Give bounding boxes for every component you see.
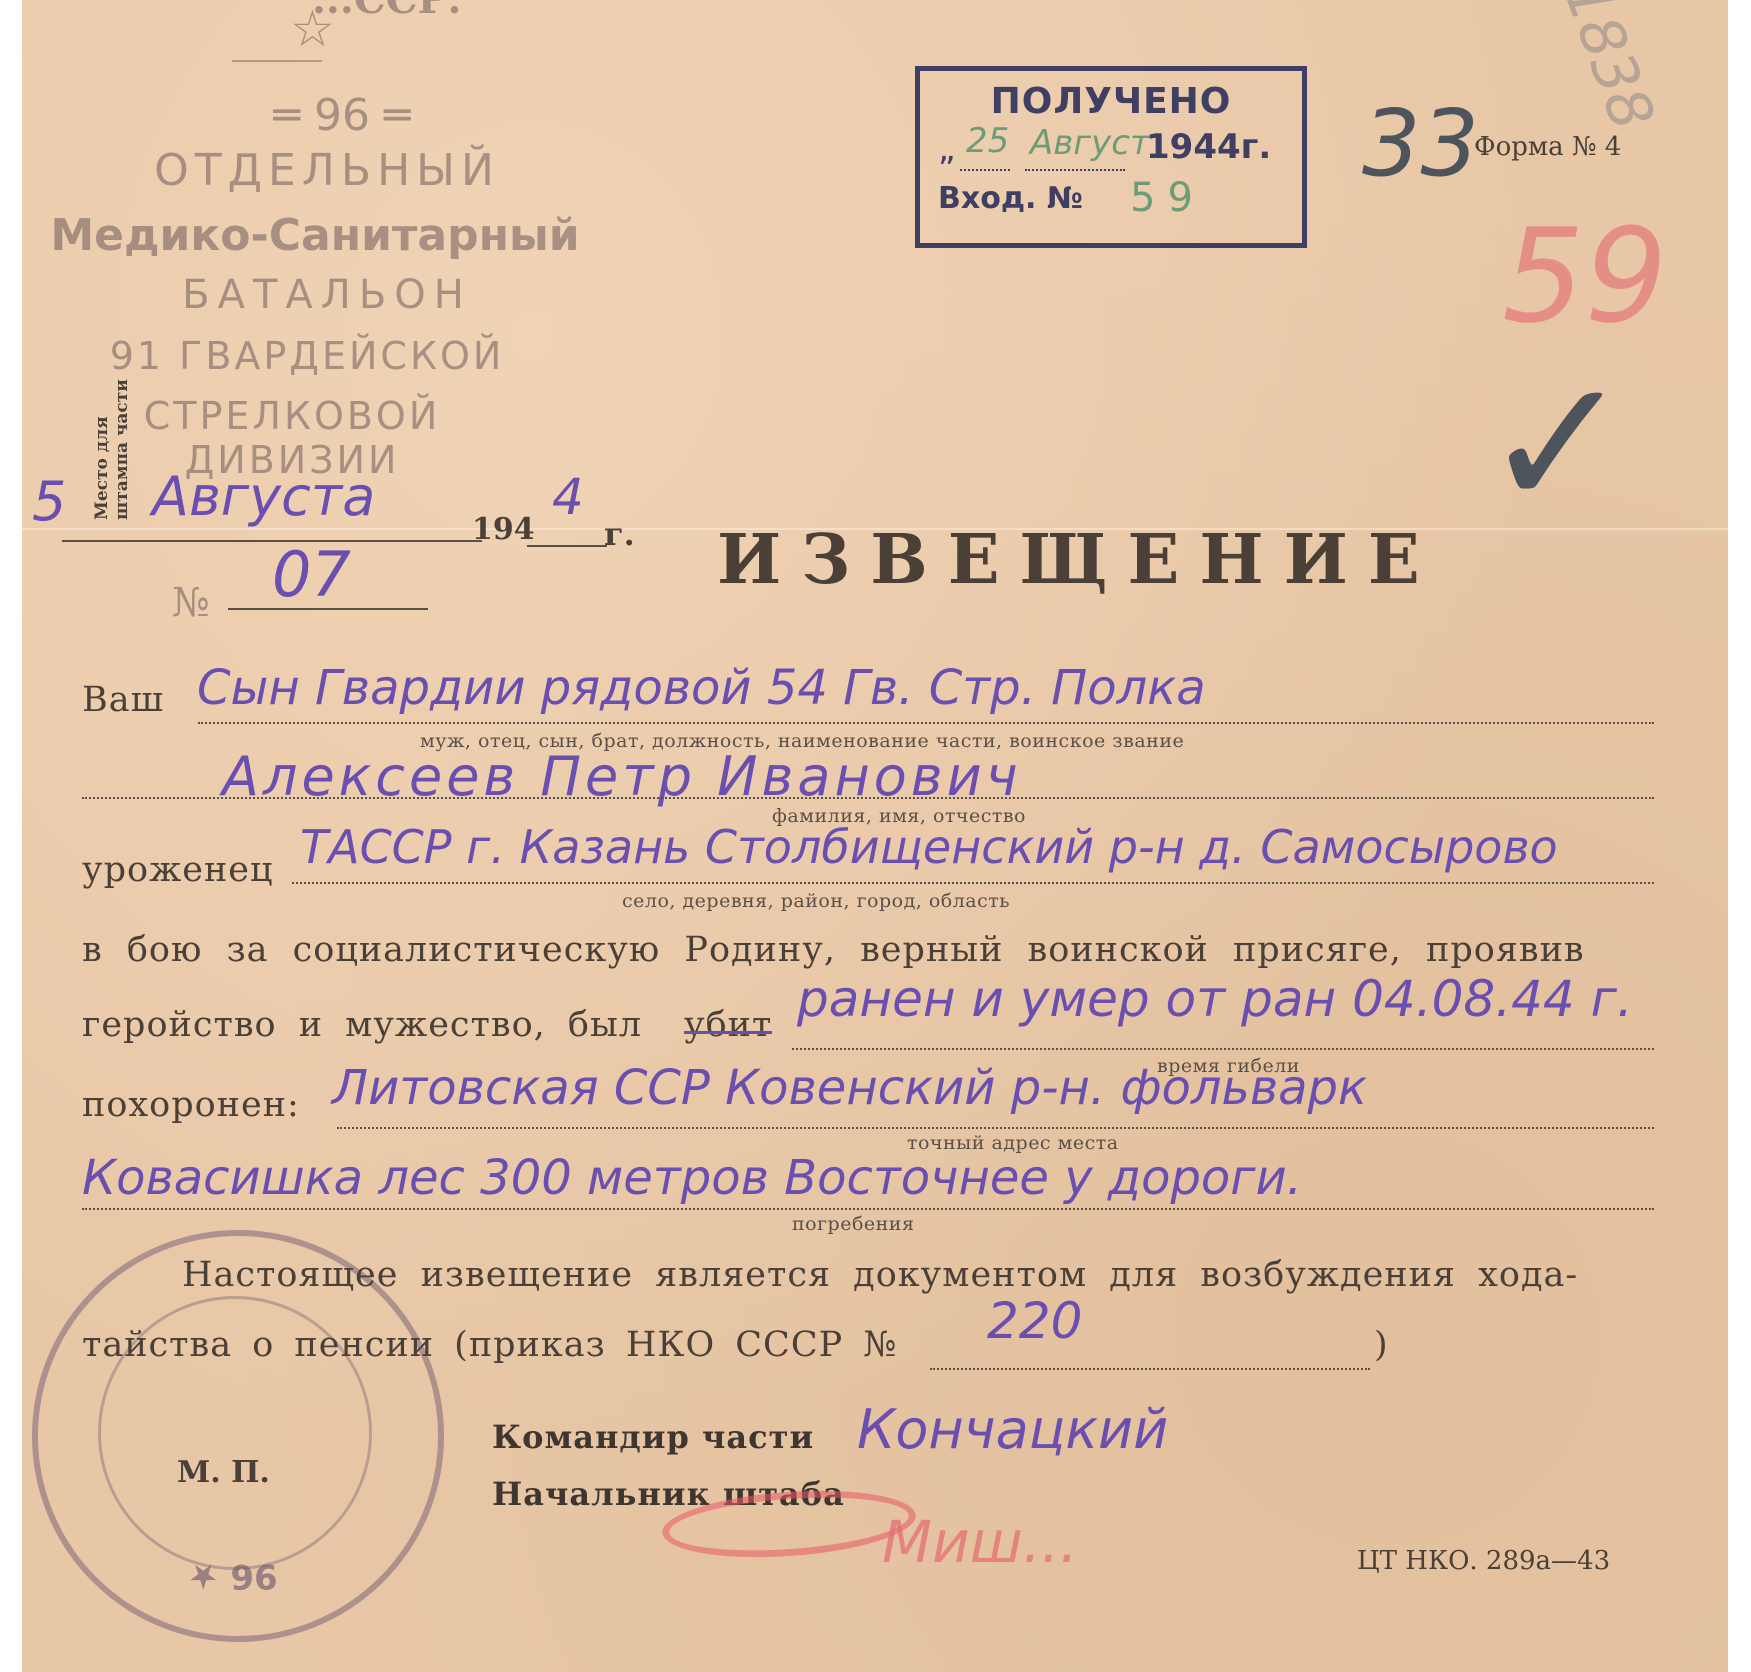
order-number: 220	[987, 1292, 1082, 1350]
document-title: ИЗВЕЩЕНИЕ	[717, 520, 1440, 600]
name-line	[82, 797, 1654, 799]
issue-year-suffix: г.	[604, 515, 635, 553]
issue-month: Августа	[152, 465, 375, 528]
burial-place-line-2: Ковасишка лес 300 метров Восточнее у дор…	[82, 1150, 1302, 1206]
burial-place-line-1: Литовская ССР Ковенский р-н. фольварк	[332, 1060, 1367, 1116]
received-entry-label: Вход. №	[938, 181, 1083, 216]
issue-year-line	[527, 545, 607, 547]
unit-stamp-line-2: ОТДЕЛЬНЫЙ	[92, 145, 562, 196]
pension-line-2: тайства о пенсии (приказ НКО СССР №	[82, 1325, 897, 1365]
unit-stamp-line-3: Медико-Санитарный	[30, 210, 600, 261]
issue-year-digit: 4	[552, 468, 584, 526]
received-day: 25	[966, 121, 1009, 161]
body-line-2: геройство и мужество, был	[82, 1005, 642, 1045]
unit-stamp-line-1: ═ 96 ═	[172, 90, 512, 141]
stamp-place-label-line-1: Место для	[92, 379, 112, 520]
star-icon: ☆	[290, 0, 335, 58]
strike-through	[684, 1031, 772, 1034]
struck-word: убит	[684, 1005, 772, 1045]
stamp-place-label-line-2: штампа части	[112, 379, 132, 520]
received-day-line	[960, 169, 1010, 171]
birthplace-value: ТАССР г. Казань Столбищенский р-н д. Сам…	[300, 820, 1558, 874]
fate-value: ранен и умер от ран 04.08.44 г.	[797, 970, 1633, 1028]
received-date-quote: „	[938, 129, 956, 169]
burial-caption-2: погребения	[792, 1213, 914, 1235]
issue-number-line	[228, 608, 428, 610]
commander-label: Командир части	[492, 1418, 814, 1456]
buried-label: похоронен:	[82, 1085, 300, 1125]
form-number: Форма № 4	[1474, 132, 1621, 162]
seal-label: М. П.	[177, 1455, 270, 1490]
vash-label: Ваш	[82, 680, 164, 720]
birthplace-caption: село, деревня, район, город, область	[622, 890, 1010, 912]
received-month: Август	[1030, 123, 1150, 163]
document-paper: ...ССР. ☆ ═ 96 ═ ОТДЕЛЬНЫЙ Медико-Санита…	[22, 0, 1728, 1672]
checkmark-icon: ✓	[1482, 340, 1633, 549]
received-entry-number: 59	[1130, 175, 1205, 221]
chief-of-staff-signature: Миш...	[882, 1508, 1078, 1576]
relation-line	[198, 722, 1654, 724]
issue-number-label: №	[172, 580, 210, 626]
received-year: 1944г.	[1146, 127, 1271, 167]
unit-stamp-line-5: 91 ГВАРДЕЙСКОЙ	[72, 334, 542, 378]
unit-stamp-line-4: БАТАЛЬОН	[92, 272, 562, 318]
issue-year-prefix: 194	[472, 512, 535, 547]
red-pencil-mark: 59	[1502, 200, 1667, 352]
received-month-line	[1025, 169, 1125, 171]
received-stamp: ПОЛУЧЕНО „ 25 Август 1944г. Вход. № 59	[915, 66, 1307, 248]
archive-number: 33	[1362, 90, 1479, 197]
order-number-line	[930, 1368, 1370, 1370]
pencil-note: 1838	[1549, 0, 1667, 139]
born-label: уроженец	[82, 850, 274, 890]
issue-day: 5	[32, 470, 66, 533]
burial-line-2	[82, 1208, 1654, 1210]
pension-line-2-suffix: )	[1374, 1325, 1389, 1365]
stamp-place-label: Место для штампа части	[92, 379, 132, 520]
body-line-1: в бою за социалистическую Родину, верный…	[82, 930, 1585, 970]
birthplace-line	[292, 882, 1654, 884]
fate-line	[792, 1048, 1654, 1050]
relation-rank-value: Сын Гвардии рядовой 54 Гв. Стр. Полка	[197, 660, 1206, 716]
commander-signature: Кончацкий	[857, 1398, 1168, 1461]
struck-word-text: убит	[684, 1005, 772, 1045]
round-seal-bottom-text: 96 ★	[188, 1556, 278, 1596]
divider	[232, 60, 322, 62]
received-stamp-title: ПОЛУЧЕНО	[920, 81, 1302, 122]
print-code: ЦТ НКО. 289а—43	[1357, 1546, 1610, 1576]
issue-number: 07	[272, 538, 351, 611]
burial-line-1	[337, 1127, 1654, 1129]
pension-line-1: Настоящее извещение является документом …	[182, 1255, 1578, 1295]
